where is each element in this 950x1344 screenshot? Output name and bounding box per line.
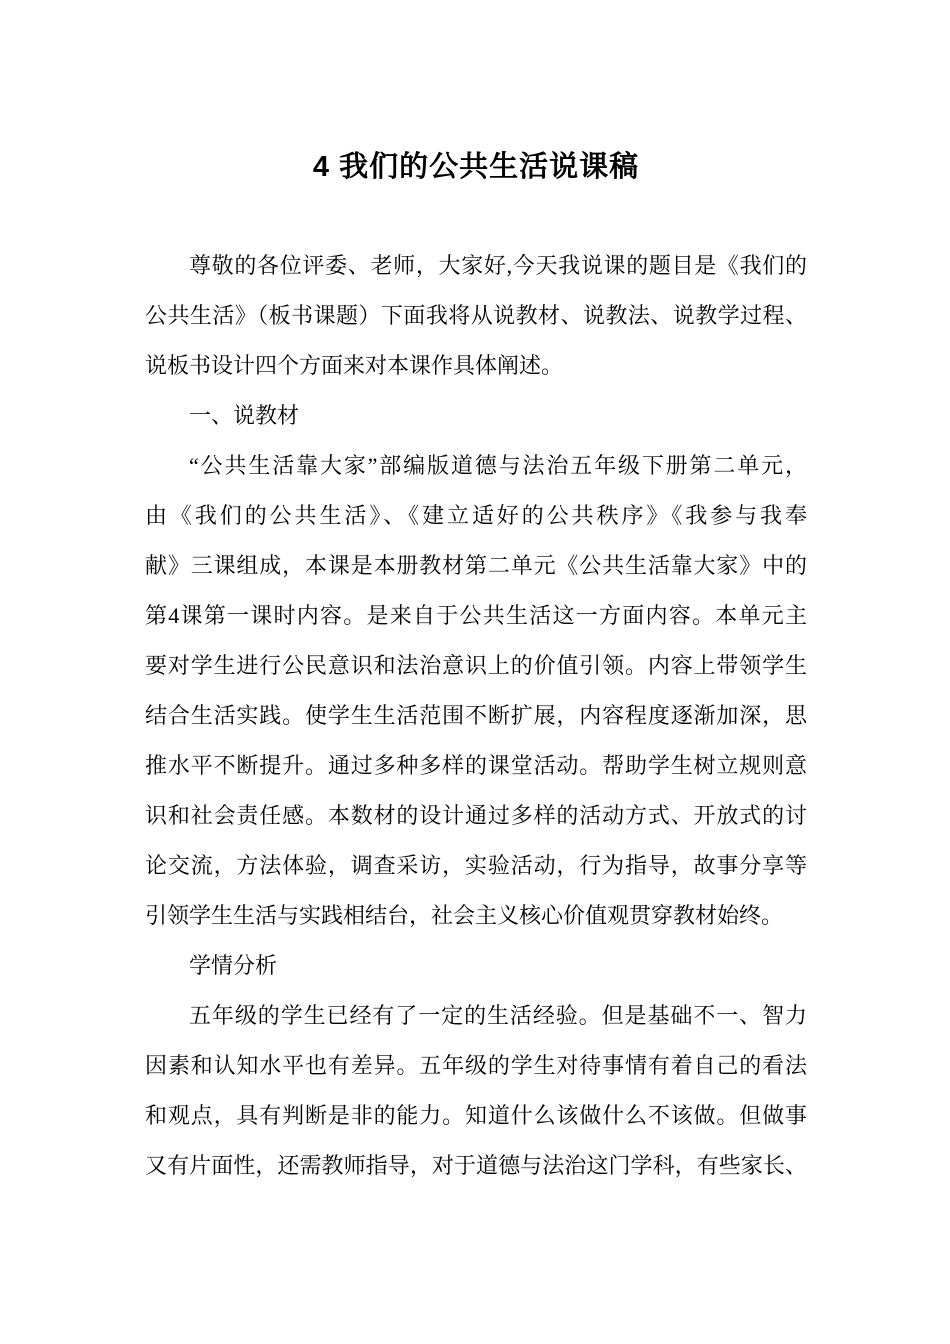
section1-line-3: 献》三课组成，本课是本册教材第二单元《公共生活靠大家》中的 [145,541,807,591]
section2-line-1: 五年级的学生已经有了一定的生活经验。但是基础不一、智力 [145,991,807,1041]
section2-line-3: 和观点，具有判断是非的能力。知道什么该做什么不该做。但做事 [145,1091,807,1141]
section1-line-10: 引领学生生活与实践相结台，社会主义核心价值观贯穿教材始终。 [145,891,807,941]
section1-line-4: 第4课第一课时内容。是来自于公共生活这一方面内容。本单元主 [145,591,807,641]
section1-line-9: 论交流，方法体验，调查采访，实验活动，行为指导，故事分享等 [145,841,807,891]
document-title: 4 我们的公共生活说课稿 [145,147,807,187]
section1-heading: 一、说教材 [145,391,807,441]
intro-line-2: 公共生活》（板书课题）下面我将从说教材、说教法、说教学过程、 [145,291,807,341]
section2-line-2: 因素和认知水平也有差异。五年级的学生对待事情有着自己的看法 [145,1041,807,1091]
section1-line-8: 识和社会责任感。本数材的设计通过多样的活动方式、开放式的讨 [145,791,807,841]
section2-line-4: 又有片面性，还需教师指导，对于道德与法治这门学科，有些家长、 [145,1141,807,1191]
intro-line-1: 尊敬的各位评委、老师，大家好,今天我说课的题目是《我们的 [145,241,807,291]
document-page: 4 我们的公共生活说课稿 尊敬的各位评委、老师，大家好,今天我说课的题目是《我们… [0,0,950,1344]
section1-line-5: 要对学生进行公民意识和法治意识上的价值引领。内容上带领学生 [145,641,807,691]
document-body: 尊敬的各位评委、老师，大家好,今天我说课的题目是《我们的 公共生活》（板书课题）… [145,241,807,1191]
intro-line-3: 说板书设计四个方面来对本课作具体阐述。 [145,341,807,391]
section1-line-7: 推水平不断提升。通过多种多样的课堂活动。帮助学生树立规则意 [145,741,807,791]
section1-line-2: 由《我们的公共生活》、《建立适好的公共秩序》《我参与我奉 [145,491,807,541]
section2-heading: 学情分析 [145,941,807,991]
section1-line-1: “公共生活靠大家”部编版道德与法治五年级下册第二单元， [145,441,807,491]
section1-line-6: 结合生活实践。使学生生活范围不断扩展，内容程度逐渐加深，思 [145,691,807,741]
